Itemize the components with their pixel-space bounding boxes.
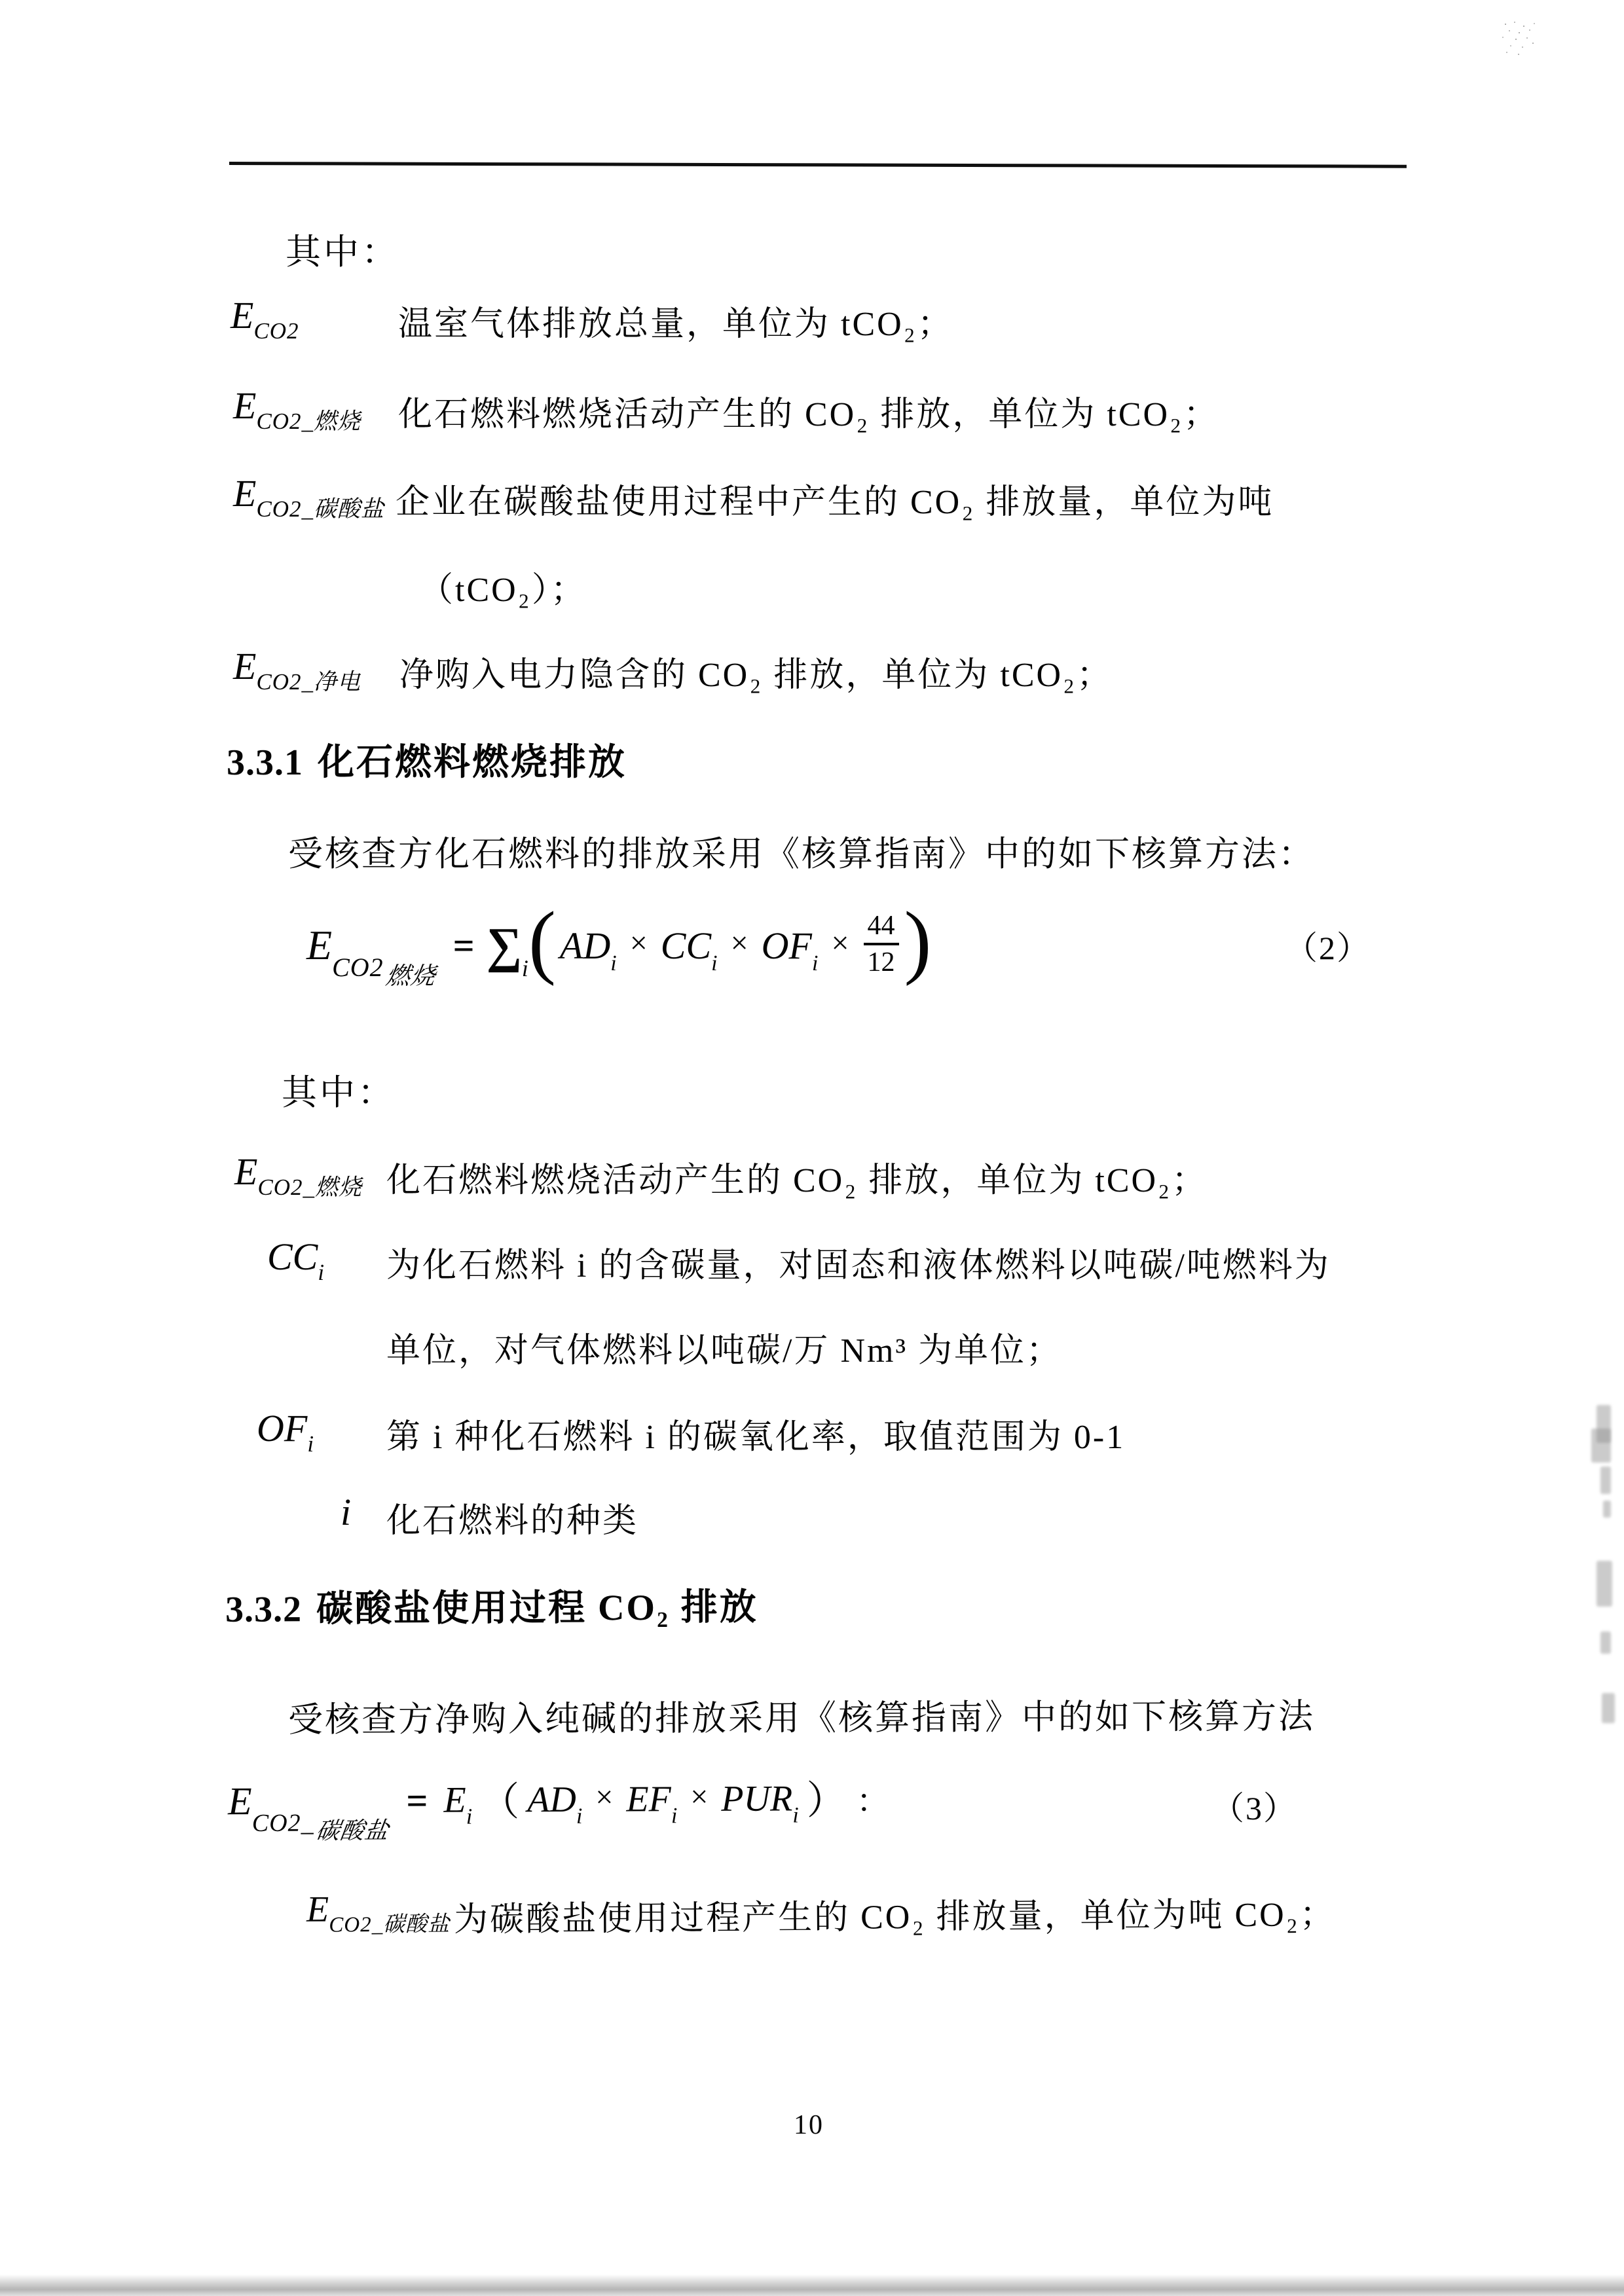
term-symbol: CCi	[267, 1235, 325, 1279]
term-description: 企业在碳酸盐使用过程中产生的 CO₂ 排放量，单位为吨	[396, 474, 1274, 523]
formula3-AD: ADi	[527, 1779, 582, 1821]
formula3-PUR: PURi	[721, 1777, 799, 1820]
term-description: 化石燃料的种类	[386, 1493, 638, 1542]
where-label-1: 其中：	[286, 224, 399, 274]
formula2-CC: CCi	[661, 924, 718, 968]
carbonate-note-line: ECO2_碳酸盐 为碳酸盐使用过程产生的 CO₂ 排放量，单位为吨 CO₂；	[306, 1882, 1336, 1942]
margin-smudge	[1603, 1501, 1611, 1518]
margin-smudge	[1600, 1631, 1611, 1654]
term-symbol: i	[341, 1490, 351, 1534]
section2-paragraph: 受核查方净购入纯碱的排放采用《核算指南》中的如下核算方法	[288, 1688, 1315, 1741]
term-symbol: OFi	[257, 1406, 314, 1450]
term-description: 化石燃料燃烧活动产生的 CO₂ 排放，单位为 tCO₂；	[398, 386, 1219, 435]
scan-noise-speckle	[1498, 21, 1500, 22]
page-number: 10	[794, 2109, 824, 2141]
formula2-OF: OFi	[762, 924, 819, 968]
formula3-Ei: Ei	[443, 1779, 472, 1821]
margin-smudge	[1602, 1693, 1615, 1723]
section-heading-332: 3.3.2碳酸盐使用过程 CO₂ 排放	[225, 1578, 758, 1633]
term-description: 净购入电力隐含的 CO₂ 排放，单位为 tCO₂；	[399, 647, 1113, 696]
term-description-cont: 单位，对气体燃料以吨碳/万 Nm³ 为单位；	[386, 1322, 1062, 1372]
top-rule	[229, 162, 1407, 168]
scan-edge-artifact	[0, 2274, 1624, 2296]
margin-smudge	[1596, 1561, 1612, 1607]
term-symbol: ECO2_碳酸盐	[233, 471, 384, 515]
formula-fossil-combustion: ECO2燃烧 = ∑i ( ADi × CCi × OFi × 4412 )	[306, 911, 932, 979]
formula3-number: （3）	[1211, 1782, 1297, 1829]
margin-smudge	[1591, 1429, 1611, 1463]
term-description: 化石燃料燃烧活动产生的 CO₂ 排放，单位为 tCO₂；	[386, 1152, 1208, 1201]
formula3-lhs: ECO2_碳酸盐	[228, 1778, 390, 1824]
document-page: 其中： ECO2 温室气体排放总量，单位为 tCO₂； ECO2_燃烧 化石燃料…	[0, 0, 1624, 2296]
section-heading-331: 3.3.1化石燃料燃烧排放	[227, 733, 627, 786]
term-symbol: ECO2_净电	[233, 644, 361, 688]
section1-paragraph: 受核查方化石燃料的排放采用《核算指南》中的如下核算方法：	[288, 826, 1315, 876]
term-symbol: ECO2_碳酸盐	[306, 1887, 450, 1930]
term-symbol: ECO2_燃烧	[233, 384, 361, 428]
margin-smudge	[1600, 1467, 1611, 1494]
term-description: 为碳酸盐使用过程产生的 CO₂ 排放量，单位为吨 CO₂；	[454, 1882, 1336, 1941]
formula2-lhs: ECO2燃烧	[306, 921, 436, 970]
formula2-AD: ADi	[560, 924, 617, 968]
term-symbol: ECO2	[231, 293, 299, 337]
term-description-cont: （tCO₂）；	[419, 562, 587, 611]
term-description: 第 i 种化石燃料 i 的碳氧化率，取值范围为 0-1	[386, 1409, 1125, 1458]
formula3-EF: EFi	[626, 1778, 677, 1820]
formula2-sum: ∑i	[487, 917, 528, 974]
term-symbol: ECO2_燃烧	[234, 1150, 362, 1194]
where-label-2: 其中：	[282, 1065, 396, 1115]
formula-carbonate: ECO2_碳酸盐 = Ei （ ADi × EFi × PURi ） ：	[228, 1770, 889, 1829]
term-description: 温室气体排放总量，单位为 tCO₂；	[398, 296, 953, 345]
term-description: 为化石燃料 i 的含碳量，对固态和液体燃料以吨碳/吨燃料为	[386, 1237, 1331, 1286]
formula2-number: （2）	[1285, 922, 1371, 969]
formula2-fraction: 4412	[864, 910, 899, 978]
